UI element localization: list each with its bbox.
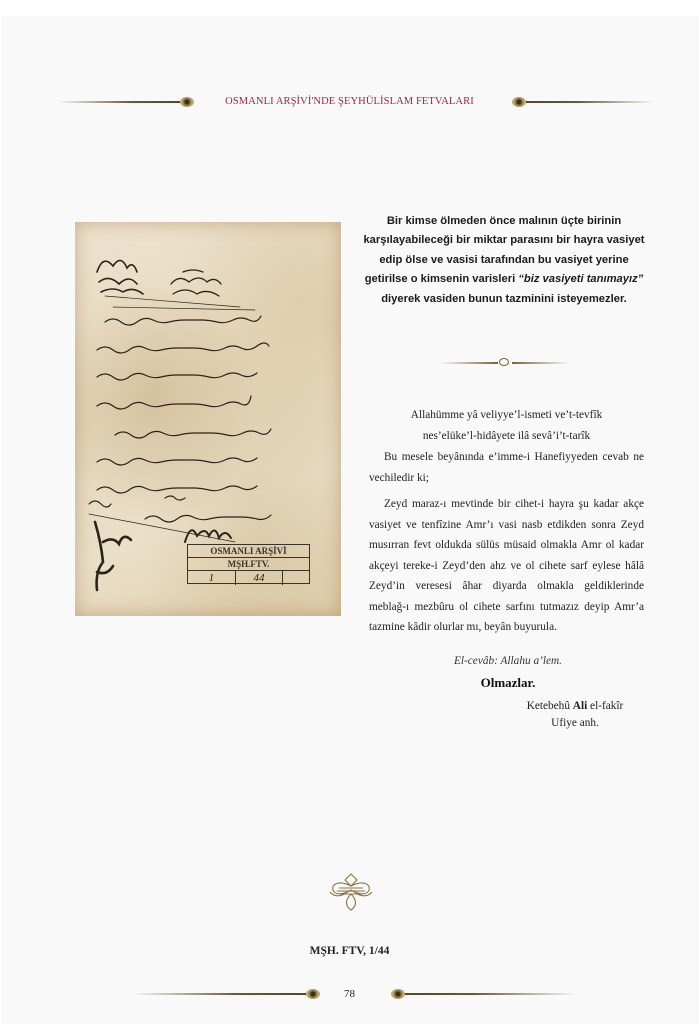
summary-quote: “biz vasiyeti tanımayız” (518, 273, 643, 285)
signature: Ketebehû Ali el-fakîr Ufiye anh. (500, 698, 650, 732)
archive-stamp: OSMANLI ARŞİVİ MŞH.FTV. 1 44 (187, 544, 310, 584)
question-body: Zeyd maraz-ı mevtinde bir cihet-i hayra … (369, 494, 644, 638)
manuscript-image: OSMANLI ARŞİVİ MŞH.FTV. 1 44 (75, 222, 341, 616)
footer-finial-right-icon (391, 989, 405, 999)
running-header: OSMANLI ARŞİVİ'NDE ŞEYHÜLİSLAM FETVALARI (0, 95, 699, 111)
stamp-cell: 44 (236, 571, 284, 585)
signature-name: Ali (573, 700, 587, 712)
knot-ornament-icon (329, 872, 373, 914)
stamp-line2: MŞH.FTV. (188, 558, 309, 571)
ornament-divider-icon (440, 358, 570, 368)
document-reference: MŞH. FTV, 1/44 (0, 945, 699, 957)
header-finial-right-icon (512, 97, 526, 107)
prayer-line2: nes’elüke’l-hidâyete ilâ sevâ’i’t-tarîk (369, 426, 644, 447)
prayer-line1: Allahümme yâ veliyye’l-ismeti ve’t-tevfî… (369, 405, 644, 426)
summary-text-after: diyerek vasiden bunun tazminini isteyeme… (381, 293, 627, 305)
header-rule-right (526, 101, 654, 103)
answer: Olmazlar. (369, 675, 647, 691)
fatwa-summary: Bir kimse ölmeden önce malının üçte biri… (362, 212, 646, 309)
stamp-cell: 1 (188, 571, 236, 585)
opening-prayer: Allahümme yâ veliyye’l-ismeti ve’t-tevfî… (369, 405, 644, 446)
answer-label: El-cevâb: Allahu a’lem. (369, 655, 647, 667)
question-intro: Bu mesele beyânında e’imme-i Hanefiyyede… (369, 447, 644, 488)
stamp-cell (283, 571, 309, 585)
stamp-line1: OSMANLI ARŞİVİ (188, 545, 309, 558)
page-number: 78 (0, 988, 699, 1000)
signature-line2: Ufiye anh. (500, 715, 650, 732)
footer-rule-right (405, 993, 577, 995)
stamp-cells: 1 44 (188, 571, 309, 585)
running-footer: 78 (0, 987, 699, 1003)
